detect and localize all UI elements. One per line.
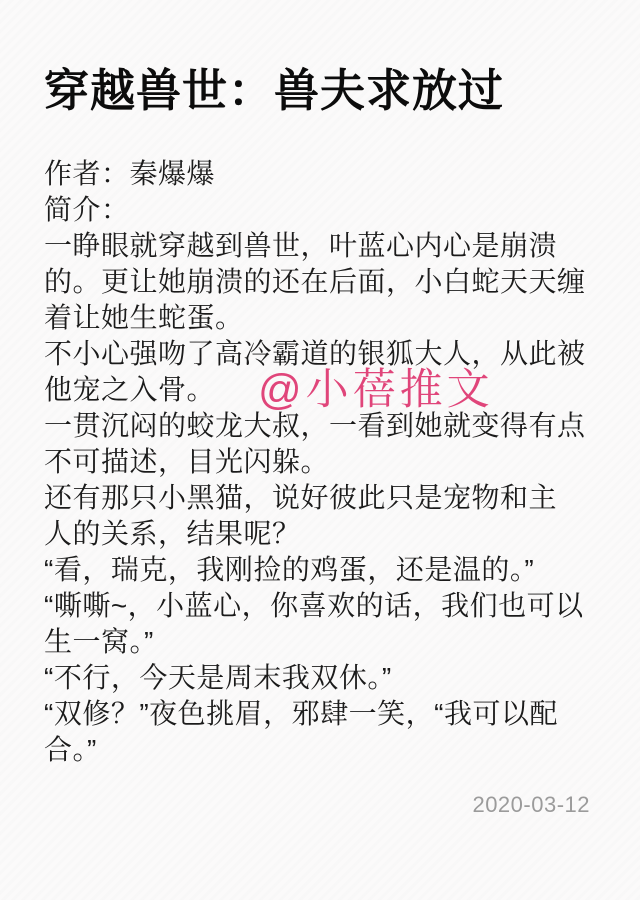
text-line: 不小心强吻了高冷霸道的银狐大人，从此被 — [44, 336, 604, 372]
page-title: 穿越兽世：兽夫求放过 — [44, 54, 504, 119]
text-line: 合。” — [44, 732, 604, 768]
text-line: 生一窝。” — [44, 624, 604, 660]
text-line: 一睁眼就穿越到兽世，叶蓝心内心是崩溃 — [44, 228, 604, 264]
text-line: 一贯沉闷的蛟龙大叔，一看到她就变得有点 — [44, 408, 604, 444]
novel-intro-page: 穿越兽世：兽夫求放过 作者：秦爆爆简介：一睁眼就穿越到兽世，叶蓝心内心是崩溃的。… — [0, 0, 640, 900]
text-line: 不可描述，目光闪躲。 — [44, 444, 604, 480]
text-line: “不行，今天是周末我双休。” — [44, 660, 604, 696]
text-line: 着让她生蛇蛋。 — [44, 300, 604, 336]
text-line: 简介： — [44, 192, 604, 228]
date-stamp: 2020-03-12 — [472, 792, 590, 818]
text-line: 他宠之入骨。 — [44, 372, 604, 408]
text-line: “双修？”夜色挑眉，邪肆一笑，“我可以配 — [44, 696, 604, 732]
text-line: “看，瑞克，我刚捡的鸡蛋，还是温的。” — [44, 552, 604, 588]
text-line: 人的关系，结果呢？ — [44, 516, 604, 552]
text-line: 的。更让她崩溃的还在后面，小白蛇天天缠 — [44, 264, 604, 300]
text-line: “嘶嘶~，小蓝心，你喜欢的话，我们也可以 — [44, 588, 604, 624]
text-line: 作者：秦爆爆 — [44, 156, 604, 192]
text-line: 还有那只小黑猫，说好彼此只是宠物和主 — [44, 480, 604, 516]
novel-description: 作者：秦爆爆简介：一睁眼就穿越到兽世，叶蓝心内心是崩溃的。更让她崩溃的还在后面，… — [44, 156, 604, 768]
